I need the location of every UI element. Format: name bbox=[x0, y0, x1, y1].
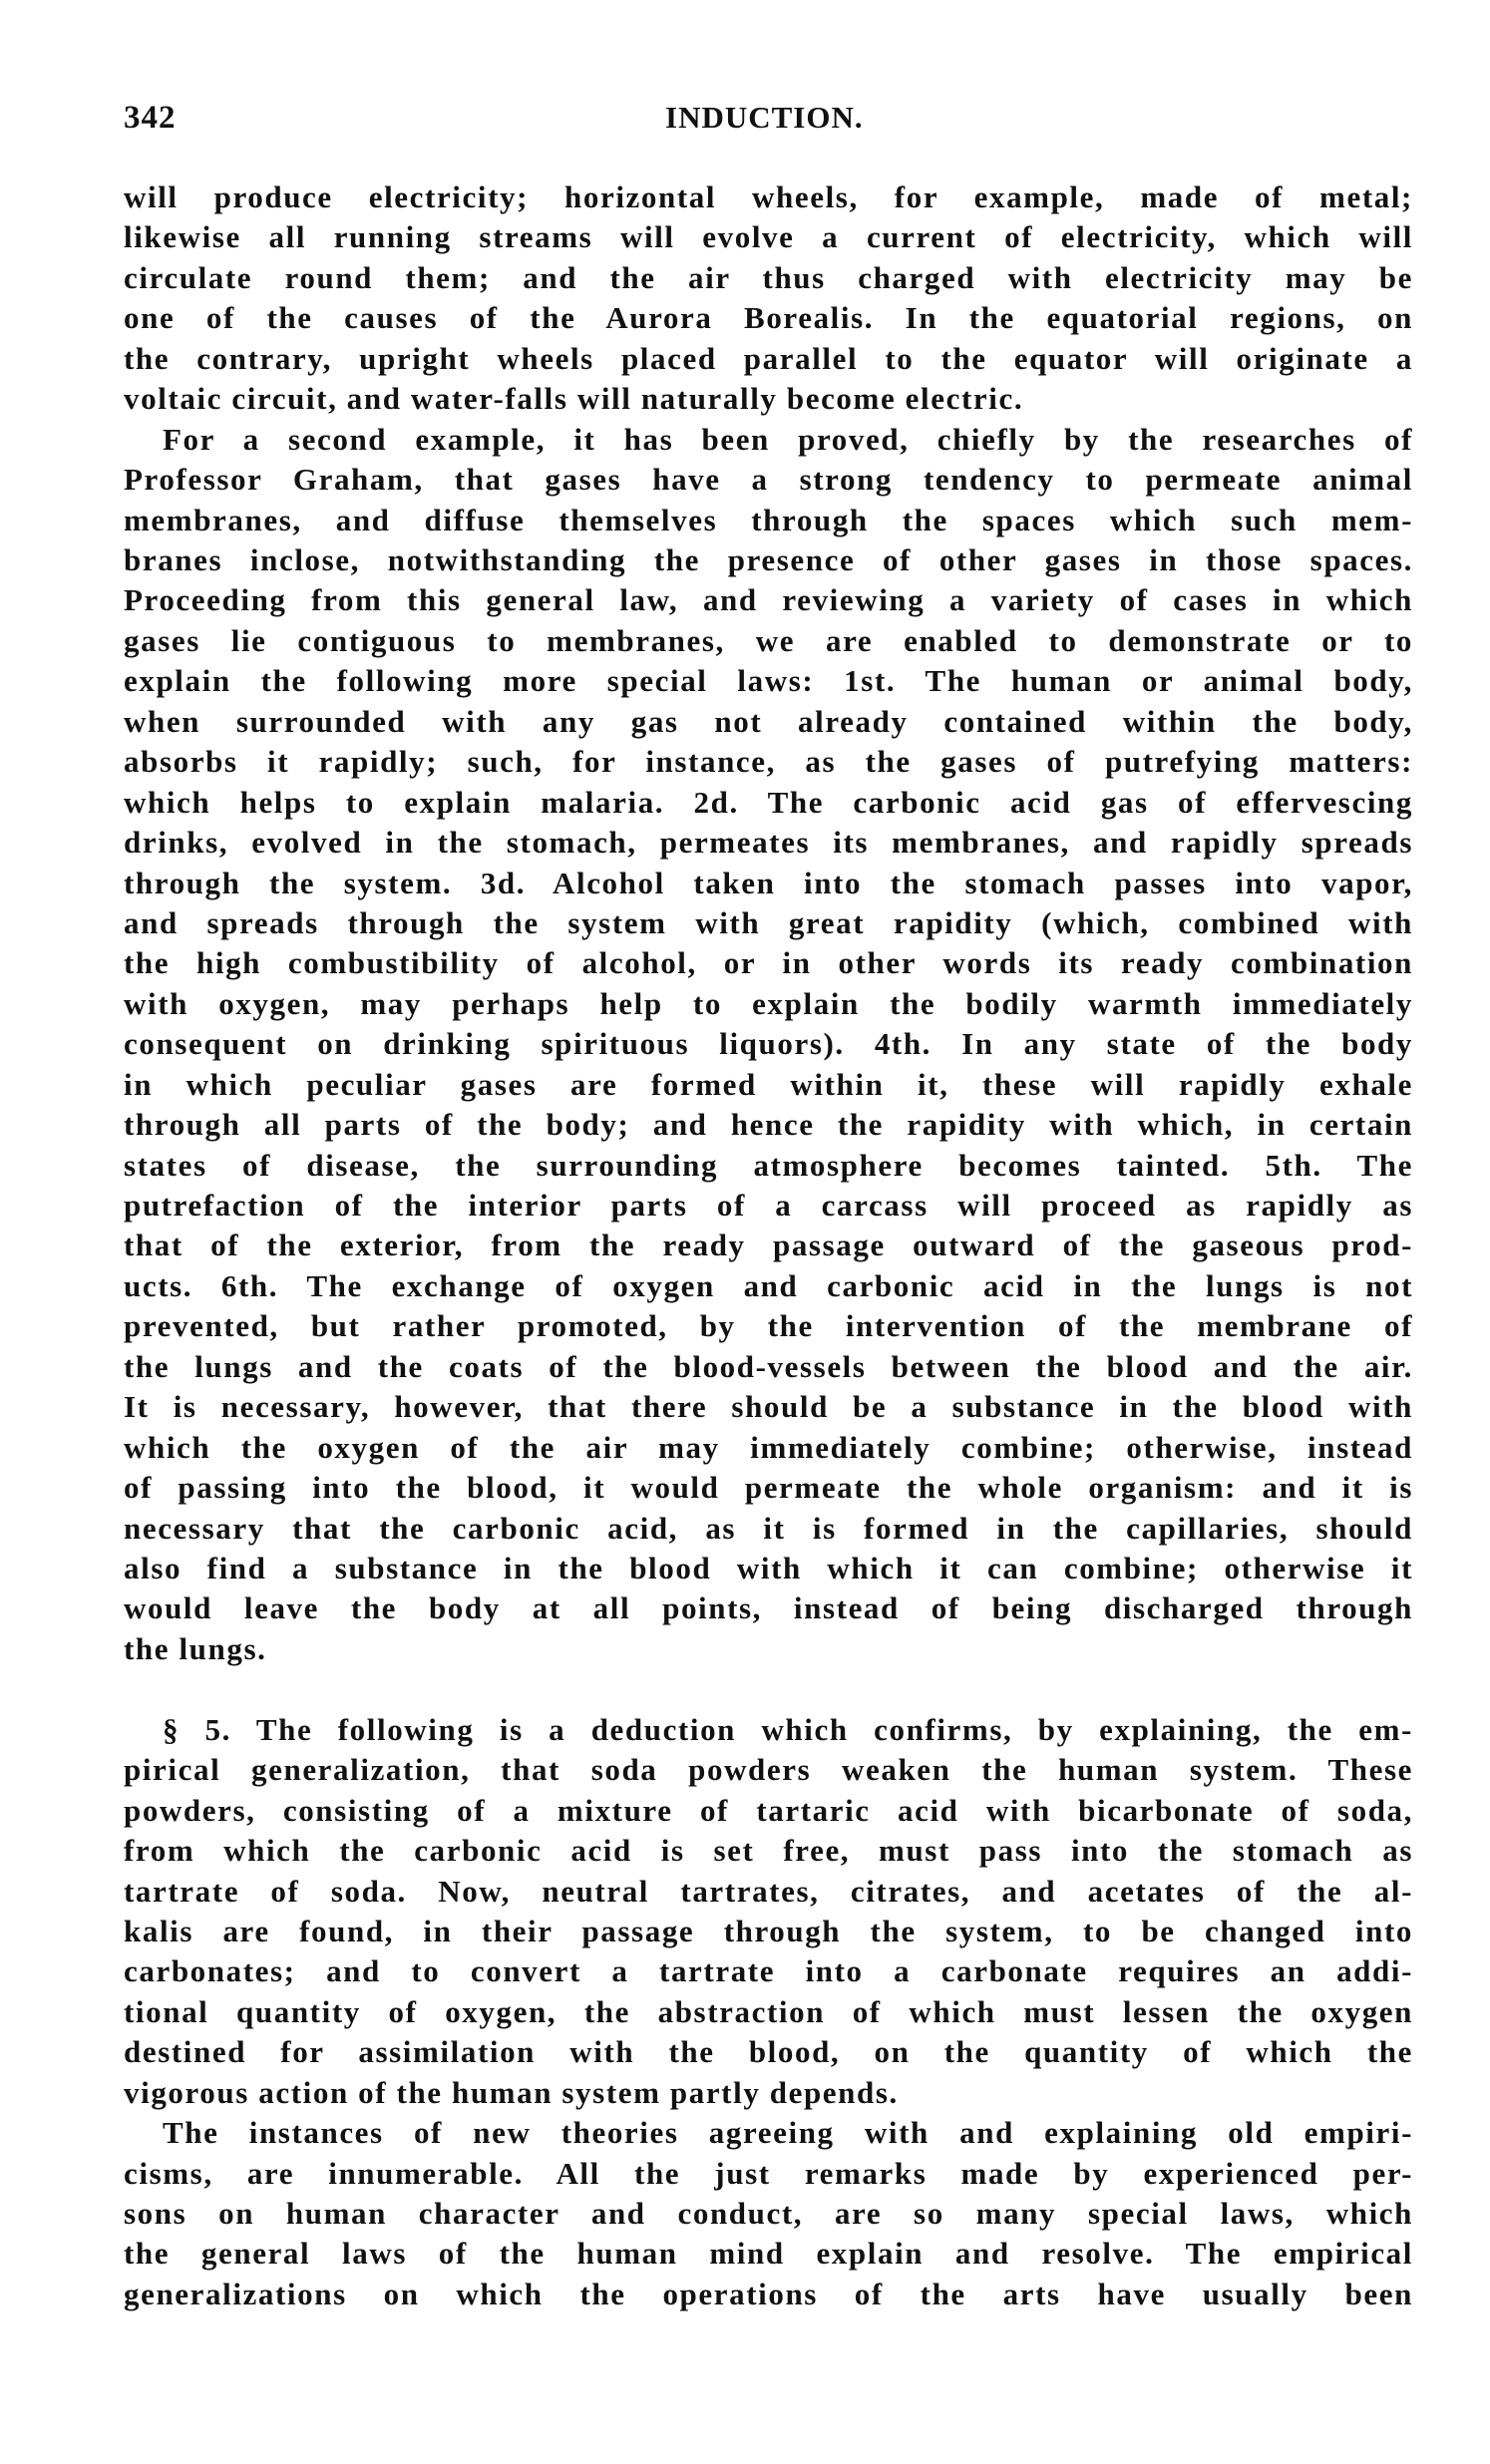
text-line: when surrounded with any gas not already… bbox=[124, 702, 1413, 742]
text-line: Professor Graham, that gases have a stro… bbox=[124, 460, 1413, 500]
text-line: Proceeding from this general law, and re… bbox=[124, 580, 1413, 620]
text-line: tartrate of soda. Now, neutral tartrates… bbox=[124, 1872, 1413, 1912]
text-line: vigorous action of the human system part… bbox=[124, 2073, 1413, 2113]
text-line: destined for assimilation with the blood… bbox=[124, 2032, 1413, 2072]
text-line: through all parts of the body; and hence… bbox=[124, 1105, 1413, 1145]
text-line: membranes, and diffuse themselves throug… bbox=[124, 501, 1413, 540]
text-line: explain the following more special laws:… bbox=[124, 661, 1413, 701]
book-page: 342 INDUCTION. will produce electricity;… bbox=[0, 0, 1490, 2464]
text-line: which the oxygen of the air may immediat… bbox=[124, 1428, 1413, 1468]
text-line: through the system. 3d. Alcohol taken in… bbox=[124, 864, 1413, 903]
text-line: prevented, but rather promoted, by the i… bbox=[124, 1306, 1413, 1346]
text-line: that of the exterior, from the ready pas… bbox=[124, 1226, 1413, 1265]
text-line: the lungs and the coats of the blood-ves… bbox=[124, 1347, 1413, 1387]
text-line: It is necessary, however, that there sho… bbox=[124, 1387, 1413, 1427]
text-line: states of disease, the surrounding atmos… bbox=[124, 1146, 1413, 1186]
text-line: of passing into the blood, it would perm… bbox=[124, 1468, 1413, 1508]
text-line: cisms, are innumerable. All the just rem… bbox=[124, 2154, 1413, 2194]
text-line: in which peculiar gases are formed withi… bbox=[124, 1065, 1413, 1105]
running-head: 342 INDUCTION. bbox=[0, 0, 1490, 140]
text-line: with oxygen, may perhaps help to explain… bbox=[124, 984, 1413, 1024]
text-line: branes inclose, notwithstanding the pres… bbox=[124, 540, 1413, 580]
text-line: For a second example, it has been proved… bbox=[163, 420, 1413, 460]
text-line: drinks, evolved in the stomach, permeate… bbox=[124, 823, 1413, 863]
text-line: the lungs. bbox=[124, 1629, 1413, 1669]
text-line: necessary that the carbonic acid, as it … bbox=[124, 1509, 1413, 1549]
text-line: pirical generalization, that soda powder… bbox=[124, 1750, 1413, 1790]
text-line: the general laws of the human mind expla… bbox=[124, 2234, 1413, 2274]
text-line: gases lie contiguous to membranes, we ar… bbox=[124, 621, 1413, 661]
text-line: the contrary, upright wheels placed para… bbox=[124, 339, 1413, 379]
text-line: one of the causes of the Aurora Borealis… bbox=[124, 298, 1413, 338]
text-line: absorbs it rapidly; such, for instance, … bbox=[124, 742, 1413, 782]
text-line: also find a substance in the blood with … bbox=[124, 1549, 1413, 1588]
text-line: powders, consisting of a mixture of tart… bbox=[124, 1791, 1413, 1831]
text-line: The instances of new theories agreeing w… bbox=[163, 2113, 1413, 2153]
text-line: ucts. 6th. The exchange of oxygen and ca… bbox=[124, 1266, 1413, 1306]
text-line: likewise all running streams will evolve… bbox=[124, 217, 1413, 257]
text-line: kalis are found, in their passage throug… bbox=[124, 1912, 1413, 1951]
page-number: 342 bbox=[124, 100, 177, 136]
text-line: would leave the body at all points, inst… bbox=[124, 1588, 1413, 1628]
paragraph-gap bbox=[124, 1669, 1413, 1709]
running-title: INDUCTION. bbox=[665, 100, 875, 136]
text-line: which helps to explain malaria. 2d. The … bbox=[124, 783, 1413, 823]
text-line: consequent on drinking spirituous liquor… bbox=[124, 1024, 1413, 1064]
text-line: and spreads through the system with grea… bbox=[124, 903, 1413, 943]
text-line: the high combustibility of alcohol, or i… bbox=[124, 943, 1413, 983]
text-line: carbonates; and to convert a tartrate in… bbox=[124, 1951, 1413, 1991]
text-line: putrefaction of the interior parts of a … bbox=[124, 1186, 1413, 1226]
text-line: circulate round them; and the air thus c… bbox=[124, 258, 1413, 298]
text-line: from which the carbonic acid is set free… bbox=[124, 1831, 1413, 1871]
text-line: will produce electricity; horizontal whe… bbox=[124, 177, 1413, 217]
text-line: generalizations on which the operations … bbox=[124, 2275, 1413, 2314]
text-line: sons on human character and conduct, are… bbox=[124, 2194, 1413, 2234]
text-line: tional quantity of oxygen, the abstracti… bbox=[124, 1992, 1413, 2032]
text-line: voltaic circuit, and water-falls will na… bbox=[124, 379, 1413, 419]
text-line: § 5. The following is a deduction which … bbox=[163, 1710, 1413, 1750]
